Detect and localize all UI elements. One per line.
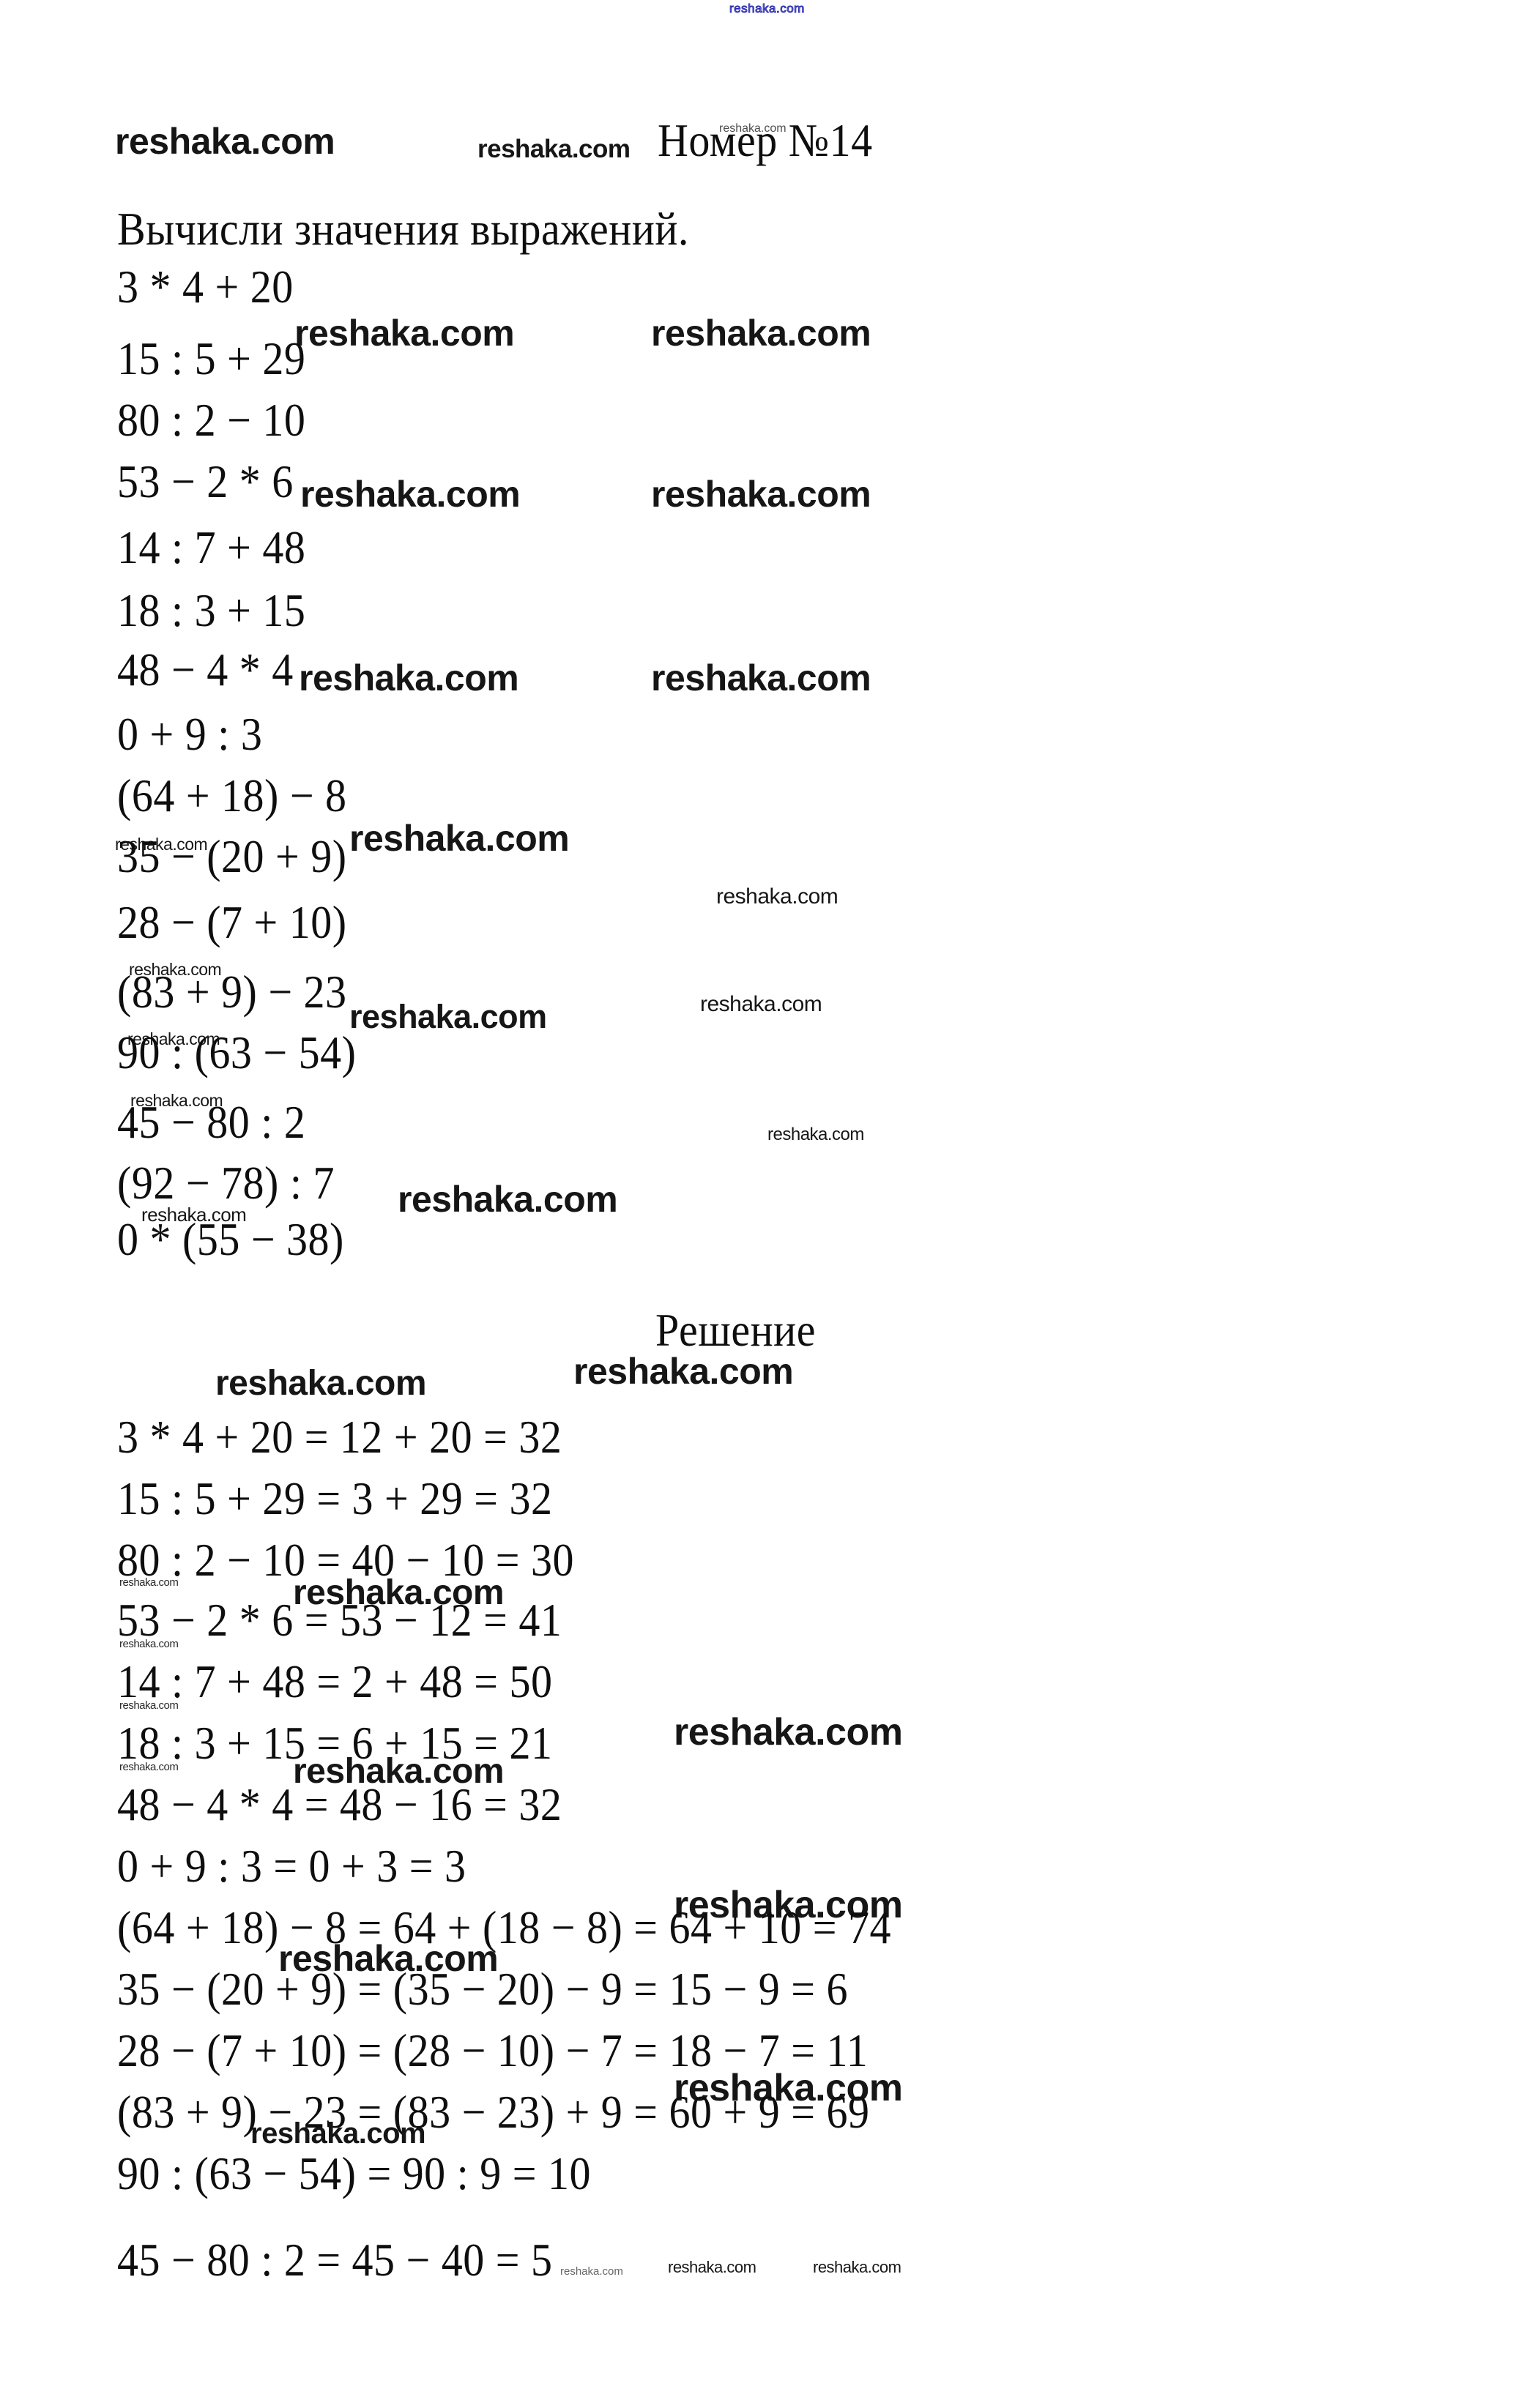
watermark-reshaka: reshaka.com (700, 994, 822, 1015)
expression-line-6: 18 : 3 + 15 (117, 587, 305, 634)
expression-line-3: 80 : 2 − 10 (117, 397, 305, 444)
solution-line-12: (83 + 9) − 23 = (83 − 23) + 9 = 60 + 9 =… (117, 2089, 869, 2136)
solution-line-9: (64 + 18) − 8 = 64 + (18 − 8) = 64 + 10 … (117, 1904, 891, 1951)
page-title: Номер №14 (658, 117, 873, 164)
watermark-reshaka: reshaka.com (115, 123, 335, 160)
watermark-reshaka: reshaka.com (215, 1366, 426, 1401)
watermark-reshaka: reshaka.com (119, 1639, 178, 1650)
watermark-reshaka: reshaka.com (300, 476, 520, 512)
solution-heading: Решение (655, 1307, 816, 1354)
watermark-reshaka: reshaka.com (477, 136, 631, 162)
watermark-reshaka: reshaka.com (716, 886, 838, 908)
expression-line-10: 35 − (20 + 9) (117, 833, 347, 880)
solution-line-8: 0 + 9 : 3 = 0 + 3 = 3 (117, 1843, 466, 1890)
watermark-reshaka: reshaka.com (813, 2259, 901, 2275)
expression-line-1: 3 * 4 + 20 (117, 264, 294, 310)
watermark-reshaka: reshaka.com (250, 2119, 425, 2148)
solution-line-13: 90 : (63 − 54) = 90 : 9 = 10 (117, 2150, 591, 2197)
expression-line-16: 0 * (55 − 38) (117, 1216, 344, 1263)
solution-line-2: 15 : 5 + 29 = 3 + 29 = 32 (117, 1475, 552, 1522)
watermark-reshaka: reshaka.com (119, 1762, 178, 1773)
watermark-reshaka: reshaka.com (349, 820, 569, 857)
solution-line-14: 45 − 80 : 2 = 45 − 40 = 5 (117, 2237, 552, 2284)
watermark-reshaka: reshaka.com (674, 1713, 902, 1751)
expression-line-5: 14 : 7 + 48 (117, 524, 305, 571)
solution-line-7: 48 − 4 * 4 = 48 − 16 = 32 (117, 1781, 562, 1828)
solution-line-1: 3 * 4 + 20 = 12 + 20 = 32 (117, 1414, 562, 1461)
watermark-reshaka: reshaka.com (767, 1126, 864, 1144)
watermark-reshaka: reshaka.com (294, 315, 514, 351)
watermark-reshaka: reshaka.com (651, 315, 871, 351)
task-heading: Вычисли значения выражений. (117, 206, 689, 253)
expression-line-2: 15 : 5 + 29 (117, 335, 305, 382)
expression-line-7: 48 − 4 * 4 (117, 646, 294, 693)
watermark-reshaka: reshaka.com (668, 2259, 756, 2275)
solution-line-5: 14 : 7 + 48 = 2 + 48 = 50 (117, 1658, 552, 1705)
expression-line-12: (83 + 9) − 23 (117, 969, 347, 1015)
worksheet-page: reshaka.com reshaka.com reshaka.com resh… (0, 0, 1532, 2408)
watermark-reshaka: reshaka.com (651, 660, 871, 696)
watermark-reshaka: reshaka.com (729, 2, 805, 15)
watermark-reshaka: reshaka.com (349, 1000, 547, 1033)
expression-line-8: 0 + 9 : 3 (117, 711, 262, 758)
watermark-reshaka: reshaka.com (573, 1353, 793, 1390)
watermark-reshaka: reshaka.com (398, 1181, 617, 1218)
expression-line-11: 28 − (7 + 10) (117, 899, 347, 946)
solution-line-4: 53 − 2 * 6 = 53 − 12 = 41 (117, 1597, 562, 1644)
watermark-reshaka: reshaka.com (299, 660, 518, 696)
expression-line-4: 53 − 2 * 6 (117, 458, 294, 505)
watermark-reshaka: reshaka.com (651, 476, 871, 512)
watermark-reshaka: reshaka.com (119, 1577, 178, 1588)
expression-line-15: (92 − 78) : 7 (117, 1160, 335, 1207)
watermark-reshaka: reshaka.com (119, 1700, 178, 1711)
expression-line-14: 45 − 80 : 2 (117, 1099, 305, 1146)
solution-line-10: 35 − (20 + 9) = (35 − 20) − 9 = 15 − 9 =… (117, 1966, 848, 2013)
expression-line-13: 90 : (63 − 54) (117, 1029, 356, 1076)
expression-line-9: (64 + 18) − 8 (117, 772, 347, 819)
watermark-reshaka: reshaka.com (560, 2266, 623, 2277)
